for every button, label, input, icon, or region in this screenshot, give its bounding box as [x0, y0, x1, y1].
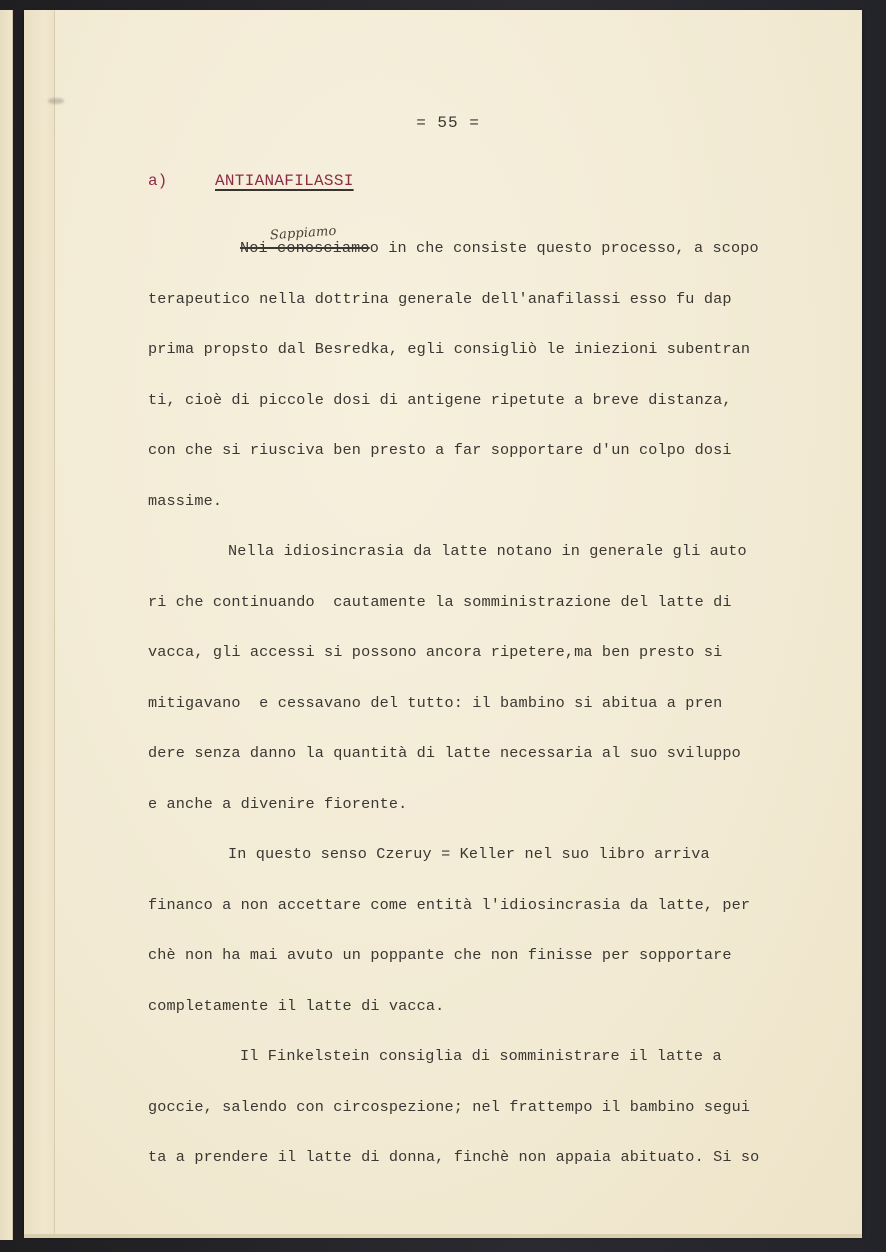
text-line: ti, cioè di piccole dosi di antigene rip…: [148, 390, 808, 441]
text-line: prima propsto dal Besredka, egli consigl…: [148, 339, 808, 390]
section-label: a): [148, 172, 167, 190]
section-title: ANTIANAFILASSI: [215, 172, 354, 190]
text-line: massime.: [148, 491, 808, 542]
text-line: vacca, gli accessi si possono ancora rip…: [148, 642, 808, 693]
text-line: Il Finkelstein consiglia di somministrar…: [148, 1046, 808, 1097]
text-line: terapeutico nella dottrina generale dell…: [148, 289, 808, 340]
text-line: financo a non accettare come entità l'id…: [148, 895, 808, 946]
text-line: e anche a divenire fiorente.: [148, 794, 808, 845]
text-line: mitigavano e cessavano del tutto: il bam…: [148, 693, 808, 744]
text-line: Noi conosciamoo in che consiste questo p…: [148, 238, 808, 289]
previous-page-edge: [0, 10, 13, 1240]
text-line: goccie, salendo con circospezione; nel f…: [148, 1097, 808, 1148]
page-binding-margin: [24, 10, 55, 1234]
page-number: = 55 =: [24, 114, 872, 132]
page-bottom-edge: [24, 1234, 862, 1238]
text-line: completamente il latte di vacca.: [148, 996, 808, 1047]
text-line: ri che continuando cautamente la sommini…: [148, 592, 808, 643]
text-line: chè non ha mai avuto un poppante che non…: [148, 945, 808, 996]
section-heading: a) ANTIANAFILASSI: [148, 172, 167, 226]
text-line: Nella idiosincrasia da latte notano in g…: [148, 541, 808, 592]
body-text: Noi conosciamoo in che consiste questo p…: [148, 238, 808, 1198]
text-line: dere senza danno la quantità di latte ne…: [148, 743, 808, 794]
text-line: In questo senso Czeruy = Keller nel suo …: [148, 844, 808, 895]
text-line: con che si riusciva ben presto a far sop…: [148, 440, 808, 491]
ink-smudge: [48, 98, 64, 104]
text-line: ta a prendere il latte di donna, finchè …: [148, 1147, 808, 1198]
